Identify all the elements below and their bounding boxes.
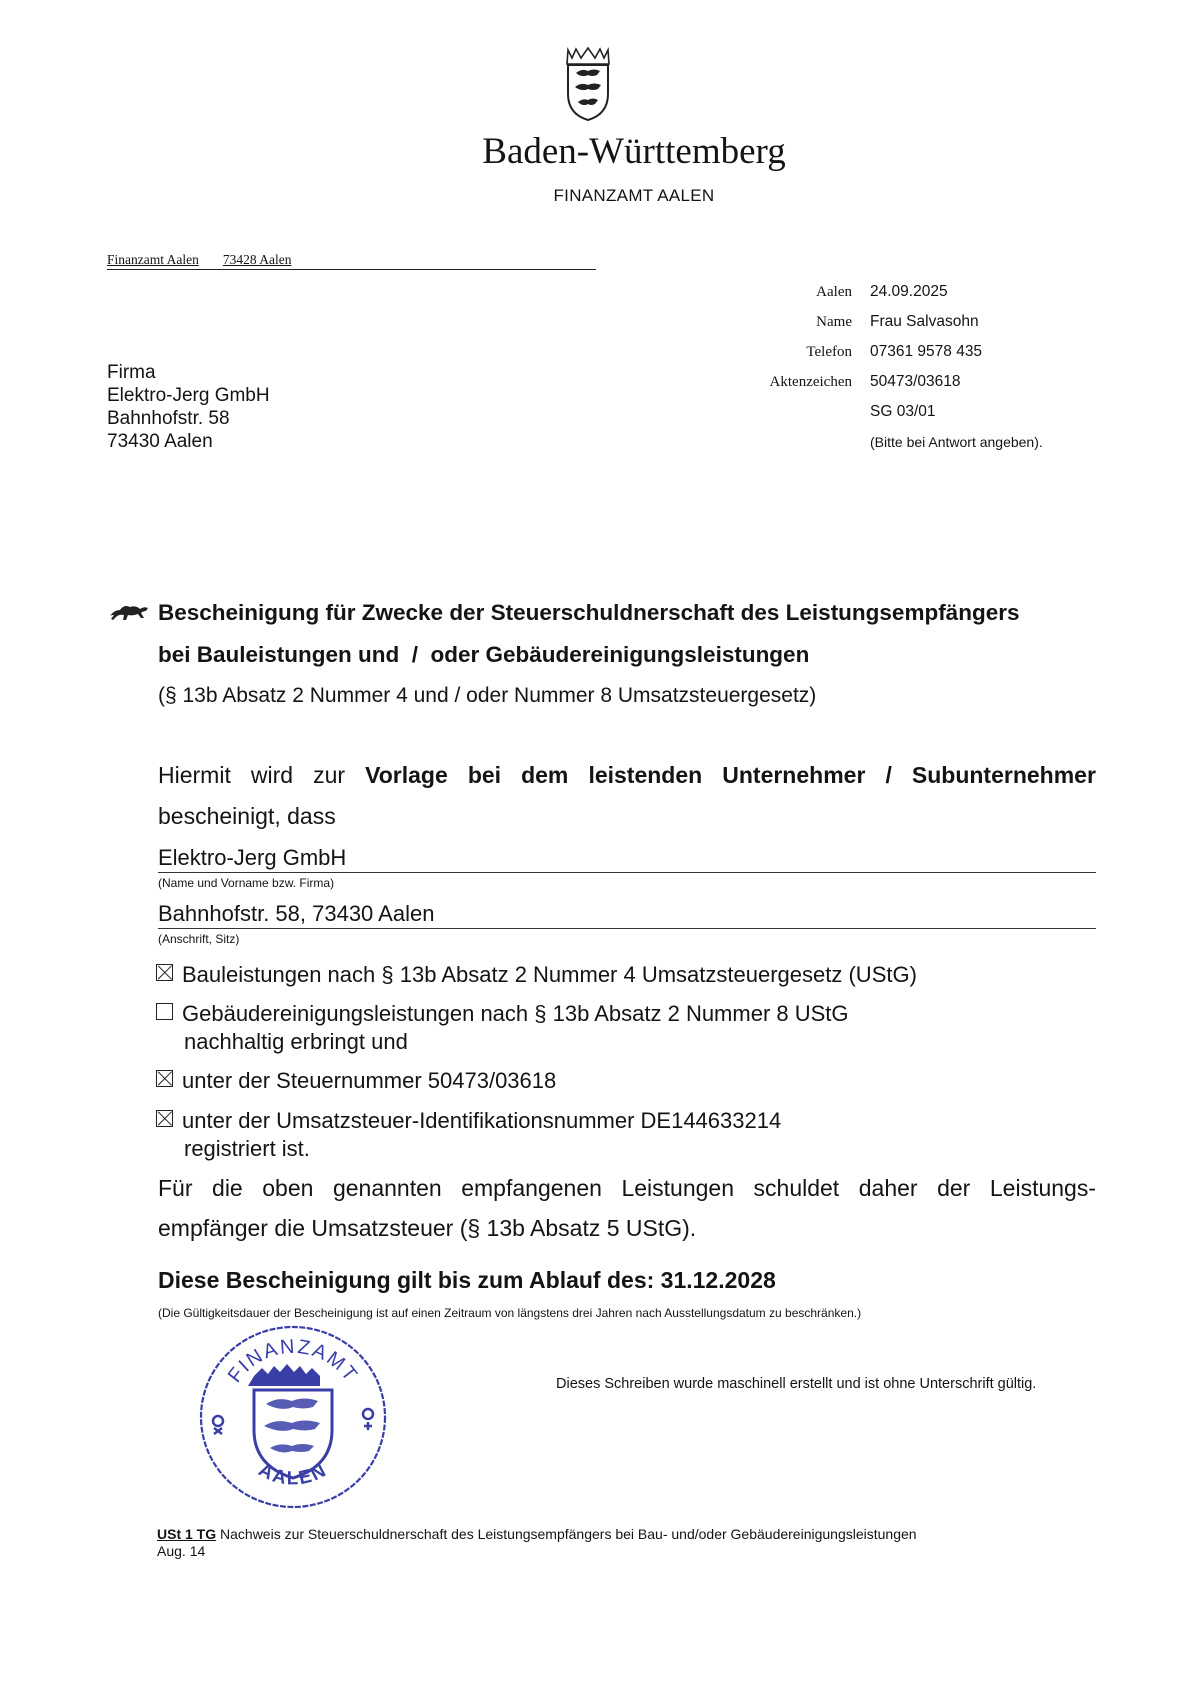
lion-icon [108,602,152,626]
conclusion-line: Für die oben genannten empfangenen Leist… [158,1175,1096,1202]
conclusion-word: Für [158,1175,193,1202]
recipient-line: Firma [107,361,270,384]
intro-word-bold: Vorlage [365,762,448,789]
validity-date: 31.12.2028 [661,1267,776,1293]
info-row-file-number: Aktenzeichen50473/03618 [700,367,1043,397]
check-item-tax-number: unter der Steuernummer 50473/03618 [156,1067,556,1095]
check-item-vat-id: unter der Umsatzsteuer-Identifikationsnu… [156,1107,781,1163]
office-name: FINANZAMT AALEN [0,186,1200,206]
return-postal: 73428 Aalen [223,252,292,267]
intro-word-bold: dem [521,762,568,789]
address-value: Bahnhofstr. 58, 73430 Aalen [158,900,1096,929]
official-stamp-icon: FINANZAMT AALEN [188,1318,398,1516]
check-text: Bauleistungen nach § 13b Absatz 2 Nummer… [182,962,917,987]
conclusion-word: oben [262,1175,313,1202]
conclusion-line: empfänger die Umsatzsteuer (§ 13b Absatz… [158,1215,1096,1242]
check-text: unter der Steuernummer 50473/03618 [182,1068,556,1093]
form-description: Nachweis zur Steuerschuldnerschaft des L… [220,1526,917,1542]
conclusion-word: der [937,1175,970,1202]
title-line: bei Bauleistungen und / oder Gebäuderein… [158,642,809,668]
info-row-name: NameFrau Salvasohn [700,307,1043,337]
intro-word-bold: Unternehmer [722,762,865,789]
intro-word-bold: Subunternehmer [912,762,1096,789]
info-row-department: SG 03/01 [700,397,1043,427]
name-value: Elektro-Jerg GmbH [158,844,1096,873]
info-value: 50473/03618 [870,373,961,391]
title-legal-reference: (§ 13b Absatz 2 Nummer 4 und / oder Numm… [158,684,816,708]
check-item-construction: Bauleistungen nach § 13b Absatz 2 Nummer… [156,961,917,989]
conclusion-paragraph: Für die oben genannten empfangenen Leist… [158,1175,1096,1242]
info-row-note: (Bitte bei Antwort angeben). [700,427,1043,457]
form-code-line: USt 1 TG Nachweis zur Steuerschuldnersch… [157,1526,917,1543]
conclusion-word: empfangenen [461,1175,602,1202]
info-label: Aalen [700,284,870,301]
info-value: (Bitte bei Antwort angeben). [870,434,1043,450]
reference-info: Aalen24.09.2025 NameFrau Salvasohn Telef… [700,277,1043,457]
info-label: Aktenzeichen [700,374,870,391]
check-text: unter der Umsatzsteuer-Identifikationsnu… [182,1108,781,1133]
intro-word-bold: bei [468,762,501,789]
info-label: Name [700,314,870,331]
name-caption: (Name und Vorname bzw. Firma) [158,876,1096,890]
state-name: Baden-Württemberg [0,130,1200,173]
intro-line: Hiermit wird zur Vorlage bei dem leisten… [158,762,1096,789]
checkbox-checked-icon [156,1110,173,1127]
form-code: USt 1 TG [157,1526,216,1542]
address-caption: (Anschrift, Sitz) [158,932,1096,946]
info-row-date: Aalen24.09.2025 [700,277,1043,307]
checkbox-empty-icon [156,1003,173,1020]
name-field: Elektro-Jerg GmbH (Name und Vorname bzw.… [158,844,1096,890]
info-value: 07361 9578 435 [870,343,982,361]
return-address-line: Finanzamt Aalen73428 Aalen [107,252,596,270]
intro-paragraph: Hiermit wird zur Vorlage bei dem leisten… [158,762,1096,830]
check-continuation: nachhaltig erbringt und [156,1028,849,1056]
machine-generated-note: Dieses Schreiben wurde maschinell erstel… [556,1376,1036,1392]
intro-line: bescheinigt, dass [158,803,1096,830]
conclusion-word: daher [859,1175,918,1202]
check-text: Gebäudereinigungsleistungen nach § 13b A… [182,1001,849,1026]
conclusion-word: schuldet [754,1175,840,1202]
intro-word: wird [251,762,293,789]
coat-of-arms-icon [562,46,614,122]
form-identifier: USt 1 TG Nachweis zur Steuerschuldnersch… [157,1526,917,1560]
checkbox-checked-icon [156,1070,173,1087]
conclusion-word: Leistungen [621,1175,734,1202]
validity-statement: Diese Bescheinigung gilt bis zum Ablauf … [158,1267,776,1294]
intro-word: Hiermit [158,762,231,789]
recipient-line: Elektro-Jerg GmbH [107,384,270,407]
form-version: Aug. 14 [157,1543,917,1560]
recipient-line: Bahnhofstr. 58 [107,407,270,430]
info-value: 24.09.2025 [870,283,948,301]
info-value: SG 03/01 [870,403,936,421]
checkbox-checked-icon [156,964,173,981]
intro-word-bold: leistenden [588,762,702,789]
check-continuation: registriert ist. [156,1135,781,1163]
title-line: Bescheinigung für Zwecke der Steuerschul… [158,600,1019,626]
intro-word-bold: / [885,762,891,789]
info-label: Telefon [700,344,870,361]
recipient-line: 73430 Aalen [107,430,270,453]
check-item-cleaning: Gebäudereinigungsleistungen nach § 13b A… [156,1000,849,1056]
validity-label: Diese Bescheinigung gilt bis zum Ablauf … [158,1267,654,1293]
info-row-phone: Telefon07361 9578 435 [700,337,1043,367]
info-value: Frau Salvasohn [870,313,979,331]
conclusion-word: die [212,1175,243,1202]
conclusion-word: Leistungs- [990,1175,1096,1202]
return-sender: Finanzamt Aalen [107,252,199,267]
conclusion-word: genannten [333,1175,442,1202]
recipient-address: Firma Elektro-Jerg GmbH Bahnhofstr. 58 7… [107,361,270,453]
address-field: Bahnhofstr. 58, 73430 Aalen (Anschrift, … [158,900,1096,946]
intro-word: zur [313,762,345,789]
